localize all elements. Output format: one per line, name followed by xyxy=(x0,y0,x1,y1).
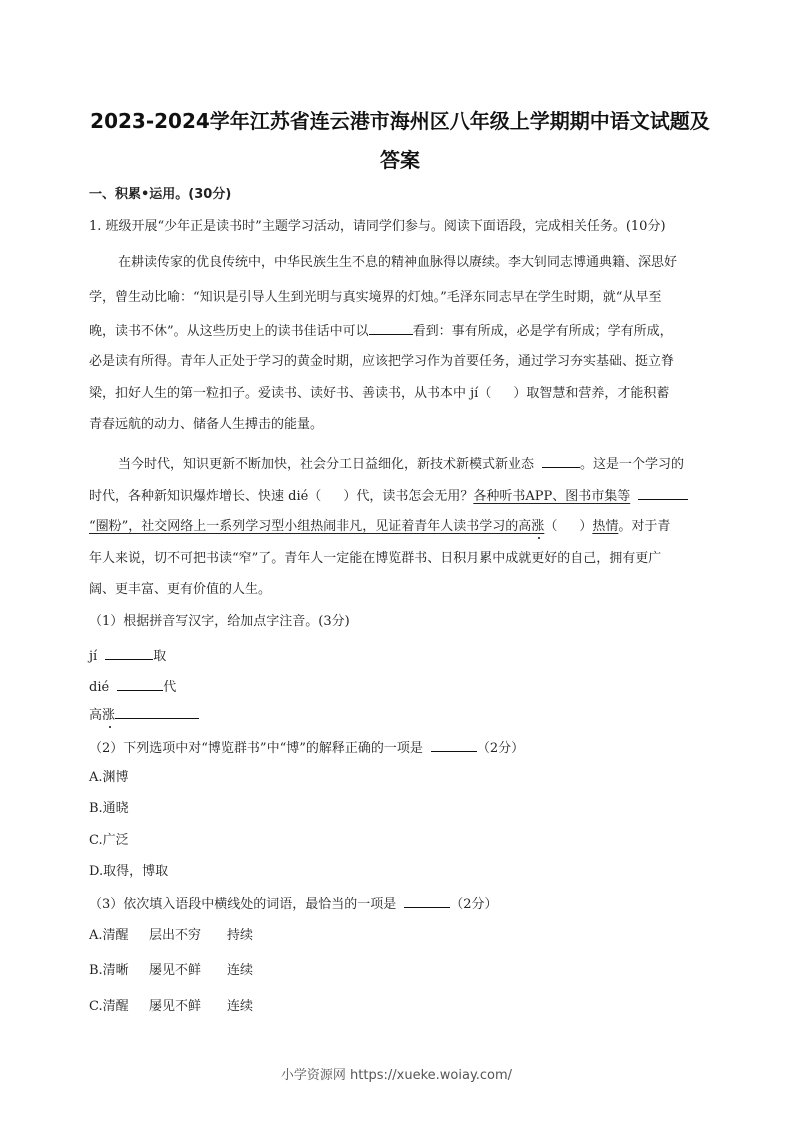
passage-text: 。对于青 xyxy=(618,519,670,534)
exam-page: 2023-2024学年江苏省连云港市海州区八年级上学期期中语文试题及 答案 一、… xyxy=(0,0,793,1122)
answer-row-gaozhang: 高涨 xyxy=(89,706,199,724)
paren-close: ） xyxy=(579,519,592,534)
passage-text: 晚，读书不休”。从这些历史上的读书佳话中可以 xyxy=(89,324,369,339)
answer-blank-gaozhang[interactable] xyxy=(115,706,199,719)
option-word-2: 屡见不鲜 xyxy=(149,963,227,979)
dotted-char-zhang: 涨 xyxy=(531,519,544,534)
option-word-3: 持续 xyxy=(227,928,253,944)
option-label: A.清醒 xyxy=(89,928,149,944)
passage-text: 梁，扣好人生的第一粒扣子。爱读书、读好书、善读书，从书本中 jí（ xyxy=(89,386,491,401)
pinyin-label: dié xyxy=(89,680,109,695)
passage-text: 时代，各种新知识爆炸增长、快速 dié（ xyxy=(89,489,321,504)
option-b: B.通晓 xyxy=(89,801,129,817)
answer-blank-q2[interactable] xyxy=(431,739,477,752)
answer-blank-q3[interactable] xyxy=(404,895,450,908)
option-label: B.清晰 xyxy=(89,963,149,979)
option-a: A.渊博 xyxy=(89,770,129,786)
option-word-3: 连续 xyxy=(227,999,253,1015)
passage-p1-line4: 必是读有所得。青年人正处于学习的黄金时期，应该把学习作为首要任务，通过学习夯实基… xyxy=(89,354,674,370)
passage-p2-line4: 年人来说，切不可把书读“窄”了。青年人一定能在博览群书、日积月累中成就更好的自己… xyxy=(89,551,661,567)
subquestion-3-prompt: （3）依次填入语段中横线处的词语，最恰当的一项是（2分） xyxy=(89,895,498,913)
answer-row-ji: jí取 xyxy=(89,647,166,665)
fill-blank-1[interactable] xyxy=(369,322,413,335)
prompt-text: （2）下列选项中对“博览群书”中“博”的解释正确的一项是 xyxy=(89,741,423,756)
dotted-char: 涨 xyxy=(102,708,115,723)
option-c: C.清醒屡见不鲜连续 xyxy=(89,999,253,1015)
underlined-sentence-cont: “圈粉”，社交网络上一系列学习型小组热闹非凡，见证着青年人读书学习的高 xyxy=(89,519,531,534)
option-word-2: 屡见不鲜 xyxy=(149,999,227,1015)
passage-text: 当今时代，知识更新不断加快，社会分工日益细化，新技术新模式新业态 xyxy=(118,457,534,472)
option-b: B.清晰屡见不鲜连续 xyxy=(89,963,253,979)
suffix-char: 取 xyxy=(153,649,166,664)
passage-p1-line2: 学，曾生动比喻：“知识是引导人生到光明与真实境界的灯烛。”毛泽东同志早在学生时期… xyxy=(89,290,661,306)
option-d: D.取得，博取 xyxy=(89,864,168,880)
subquestion-1-prompt: （1）根据拼音写汉字，给加点字注音。(3分) xyxy=(89,614,350,630)
passage-p2-line5: 阔、更丰富、更有价值的人生。 xyxy=(89,582,271,598)
underlined-word-reqing: 热情 xyxy=(592,519,618,534)
prefix-char: 高 xyxy=(89,708,102,723)
passage-p1-line6: 青春远航的动力、储备人生搏击的能量。 xyxy=(89,417,323,433)
section-heading: 一、积累•运用。(30分) xyxy=(89,187,231,203)
passage-text: 看到：事有所成，必是学有所成；学有所成， xyxy=(413,324,673,339)
option-a: A.清醒层出不穷持续 xyxy=(89,928,253,944)
document-title-line2: 答案 xyxy=(60,144,740,173)
answer-row-die: dié代 xyxy=(89,678,176,696)
option-word-2: 层出不穷 xyxy=(149,928,227,944)
passage-p1-line5: 梁，扣好人生的第一粒扣子。爱读书、读好书、善读书，从书本中 jí（）取智慧和营养… xyxy=(89,386,669,402)
answer-blank-die[interactable] xyxy=(117,678,163,691)
underlined-sentence: 各种听书APP、图书市集等 xyxy=(473,489,630,504)
score: （2分） xyxy=(477,741,524,756)
passage-p1-line3: 晚，读书不休”。从这些历史上的读书佳话中可以看到：事有所成，必是学有所成；学有所… xyxy=(89,322,673,340)
option-word-3: 连续 xyxy=(227,963,253,979)
passage-text: 。这是一个学习的 xyxy=(580,457,684,472)
option-label: C.清醒 xyxy=(89,999,149,1015)
pinyin-label: jí xyxy=(89,649,97,664)
passage-p2-line1: 当今时代，知识更新不断加快，社会分工日益细化，新技术新模式新业态。这是一个学习的 xyxy=(118,455,684,473)
document-title-line1: 2023-2024学年江苏省连云港市海州区八年级上学期期中语文试题及 xyxy=(60,105,740,134)
subquestion-2-prompt: （2）下列选项中对“博览群书”中“博”的解释正确的一项是（2分） xyxy=(89,739,524,757)
passage-text: ）取智慧和营养，才能积蓄 xyxy=(513,386,669,401)
fill-blank-2[interactable] xyxy=(542,455,580,468)
passage-p2-line2: 时代，各种新知识爆炸增长、快速 dié（）代，读书怎会无用？各种听书APP、图书… xyxy=(89,487,688,505)
passage-p2-line3: “圈粉”，社交网络上一系列学习型小组热闹非凡，见证着青年人读书学习的高涨（）热情… xyxy=(89,519,670,535)
passage-text: ）代，读书怎会无用？ xyxy=(343,489,473,504)
question-1-stem: 1. 班级开展“少年正是读书时”主题学习活动，请同学们参与。阅读下面语段，完成相… xyxy=(89,219,666,235)
footer-watermark: 小学资源网 https://xueke.woiay.com/ xyxy=(0,1064,793,1083)
suffix-char: 代 xyxy=(163,680,176,695)
prompt-text: （3）依次填入语段中横线处的词语，最恰当的一项是 xyxy=(89,897,396,912)
paren-open: （ xyxy=(544,519,557,534)
score: （2分） xyxy=(450,897,497,912)
passage-p1-line1: 在耕读传家的优良传统中，中华民族生生不息的精神血脉得以赓续。李大钊同志博通典籍、… xyxy=(118,255,677,271)
fill-blank-3[interactable] xyxy=(638,487,688,500)
answer-blank-ji[interactable] xyxy=(105,647,153,660)
option-c: C.广泛 xyxy=(89,833,129,849)
